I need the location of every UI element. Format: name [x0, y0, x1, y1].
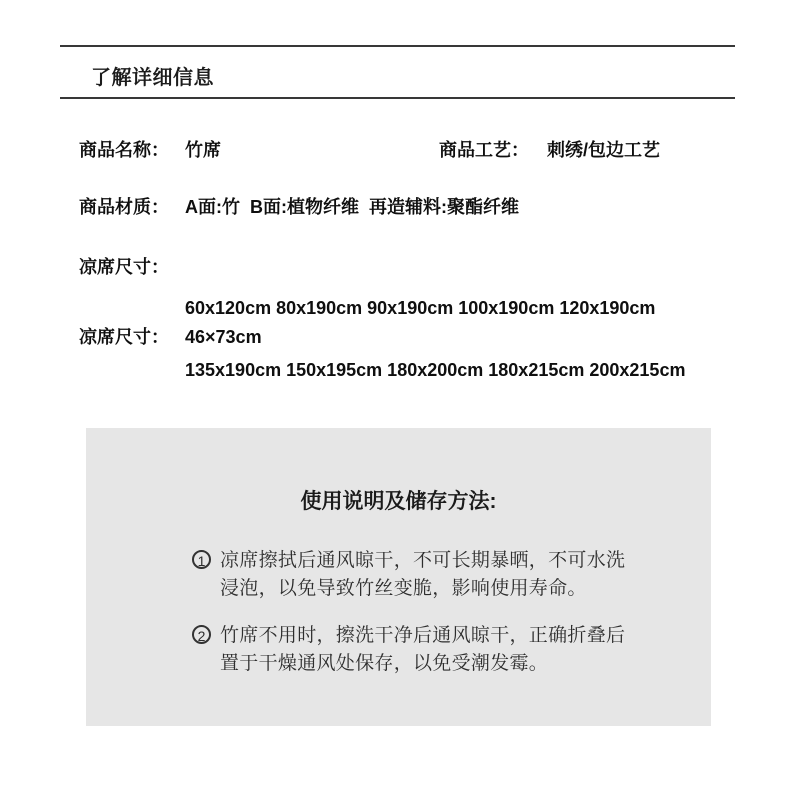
- usage-item-1-line-1: 凉席擦拭后通风晾干，不可长期暴晒，不可水洗: [220, 547, 625, 575]
- material-value: A面:竹 B面:植物纤维 再造辅料:聚酯纤维: [185, 197, 519, 217]
- mat-size-line-1: 60x120cm 80x190cm 90x190cm 100x190cm 120…: [185, 297, 685, 319]
- spec-row-pillow-size: 凉席尺寸： 46×73cm: [0, 327, 790, 407]
- pillow-size-value: 46×73cm: [185, 327, 262, 347]
- product-name-value: 竹席: [185, 140, 221, 160]
- spec-row-mat-sizes: 凉席尺寸： 60x120cm 80x190cm 90x190cm 100x190…: [0, 257, 790, 337]
- product-craft-value: 刺绣/包边工艺: [547, 140, 660, 160]
- header-bottom-rule: [60, 97, 735, 99]
- material-label: 商品材质：: [79, 197, 169, 217]
- product-detail-sheet: 了解详细信息 商品名称： 竹席 商品工艺： 刺绣/包边工艺 商品材质： A面:竹…: [0, 0, 790, 809]
- product-craft-label: 商品工艺：: [439, 140, 529, 160]
- usage-item-1-line-2: 浸泡，以免导致竹丝变脆，影响使用寿命。: [220, 575, 625, 603]
- usage-item-2-line-1: 竹席不用时，擦洗干净后通风晾干，正确折叠后: [220, 622, 625, 650]
- circled-number-1-icon: 1: [192, 550, 211, 569]
- header-top-rule: [60, 45, 735, 47]
- usage-item-2: 2 竹席不用时，擦洗干净后通风晾干，正确折叠后 置于干燥通风处保存，以免受潮发霉…: [192, 622, 625, 678]
- usage-item-1: 1 凉席擦拭后通风晾干，不可长期暴晒，不可水洗 浸泡，以免导致竹丝变脆，影响使用…: [192, 547, 625, 603]
- product-name-label: 商品名称：: [79, 140, 169, 160]
- pillow-size-label: 凉席尺寸：: [79, 327, 169, 347]
- usage-instructions-box: 使用说明及储存方法: 1 凉席擦拭后通风晾干，不可长期暴晒，不可水洗 浸泡，以免…: [86, 428, 711, 726]
- usage-item-2-line-2: 置于干燥通风处保存，以免受潮发霉。: [220, 650, 625, 678]
- page-title: 了解详细信息: [91, 61, 214, 90]
- usage-item-2-text: 竹席不用时，擦洗干净后通风晾干，正确折叠后 置于干燥通风处保存，以免受潮发霉。: [220, 622, 625, 678]
- circled-number-2-icon: 2: [192, 625, 211, 644]
- mat-size-label: 凉席尺寸：: [79, 257, 169, 277]
- usage-title: 使用说明及储存方法:: [86, 485, 711, 515]
- usage-item-1-text: 凉席擦拭后通风晾干，不可长期暴晒，不可水洗 浸泡，以免导致竹丝变脆，影响使用寿命…: [220, 547, 625, 603]
